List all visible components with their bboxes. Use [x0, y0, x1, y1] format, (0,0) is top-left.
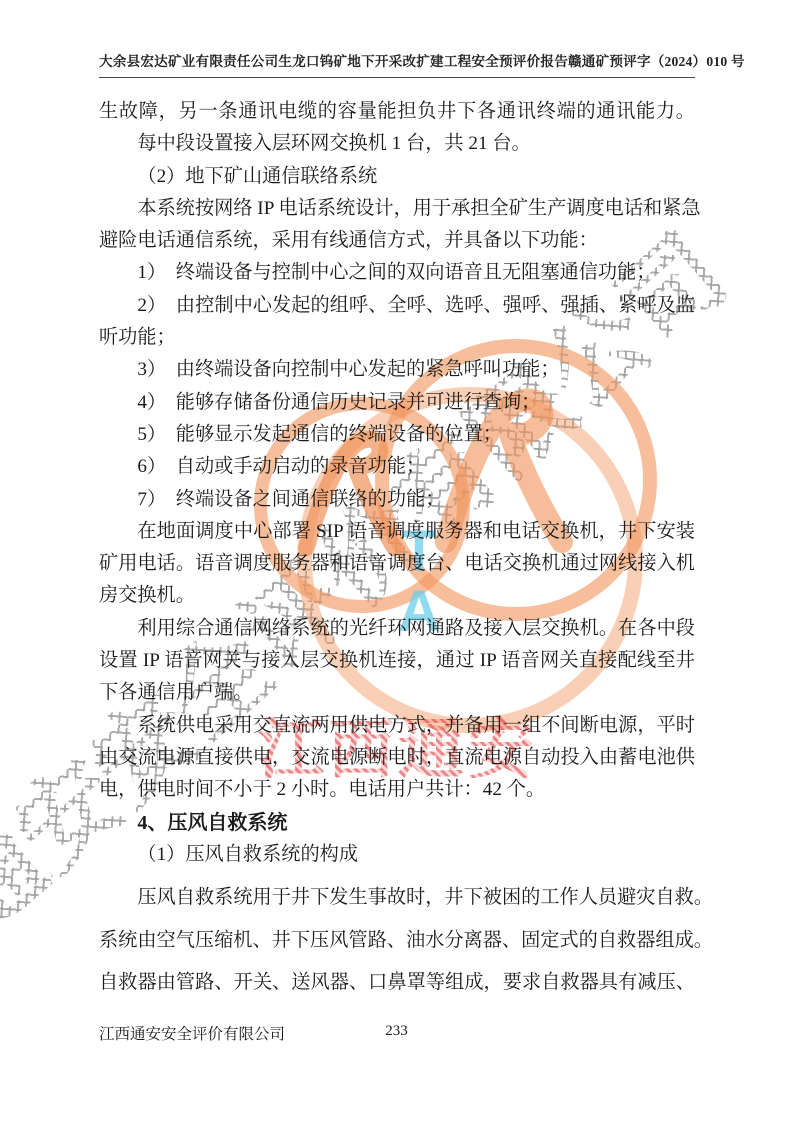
text-line: 下各通信用户端。	[99, 677, 695, 709]
text-line: 电，供电时间不小于 2 小时。电话用户共计：42 个。	[99, 774, 695, 806]
text-line: 4、压风自救系统	[99, 807, 695, 839]
document-number: 赣通矿预评字（2024）010 号	[568, 50, 745, 70]
text-line: 设置 IP 语音网关与接入层交换机连接，通过 IP 语音网关直接配线至井	[99, 645, 695, 677]
text-line: 5） 能够显示发起通信的终端设备的位置；	[99, 419, 695, 451]
text-line: 系统供电采用交直流两用供电方式，并备用一组不间断电源，平时	[99, 710, 695, 742]
text-line: 由交流电源直接供电，交流电源断电时，直流电源自动投入由蓄电池供	[99, 742, 695, 774]
page-number: 233	[0, 1023, 793, 1040]
text-line: （2）地下矿山通信联络系统	[99, 161, 695, 193]
text-line: 利用综合通信网络系统的光纤环网通路及接入层交换机。在各中段	[99, 613, 695, 645]
text-line: 6） 自动或手动启动的录音功能；	[99, 451, 695, 483]
text-line: 矿用电话。语音调度服务器和语音调度台、电话交换机通过网线接入机	[99, 548, 695, 580]
text-line: 3） 由终端设备向控制中心发起的紧急呼叫功能；	[99, 354, 695, 386]
text-line: 1） 终端设备与控制中心之间的双向语音且无阻塞通信功能；	[99, 257, 695, 289]
text-line: 在地面调度中心部署 SIP 语音调度服务器和电话交换机，井下安装	[99, 516, 695, 548]
text-line: 房交换机。	[99, 580, 695, 612]
text-line: 2） 由控制中心发起的组呼、全呼、选呼、强呼、强插、紧呼及监	[99, 290, 695, 322]
text-line: 每中段设置接入层环网交换机 1 台，共 21 台。	[99, 128, 695, 160]
text-line: 自救器由管路、开关、送风器、口鼻罩等组成，要求自救器具有减压、	[99, 962, 695, 1005]
text-line: 本系统按网络 IP 电话系统设计，用于承担全矿生产调度电话和紧急	[99, 193, 695, 225]
text-line: 听功能；	[99, 322, 695, 354]
text-line: （1）压风自救系统的构成	[99, 839, 695, 871]
document-body: 生故障，另一条通讯电缆的容量能担负井下各通讯终端的通讯能力。每中段设置接入层环网…	[99, 96, 695, 1005]
document-page: 江西通安安全评价有限公司 T A 江西通安 大余县宏达矿业有限责任公司生龙口钨矿…	[0, 0, 793, 1122]
page-header: 大余县宏达矿业有限责任公司生龙口钨矿地下开采改扩建工程安全预评价报告 赣通矿预评…	[99, 50, 695, 78]
text-line: 避险电话通信系统，采用有线通信方式，并具备以下功能：	[99, 225, 695, 257]
text-line: 生故障，另一条通讯电缆的容量能担负井下各通讯终端的通讯能力。	[99, 96, 695, 128]
report-title: 大余县宏达矿业有限责任公司生龙口钨矿地下开采改扩建工程安全预评价报告	[99, 50, 568, 70]
text-line: 4） 能够存储备份通信历史记录并可进行查询；	[99, 387, 695, 419]
text-line: 7） 终端设备之间通信联络的功能；	[99, 484, 695, 516]
text-line: 系统由空气压缩机、井下压风管路、油水分离器、固定式的自救器组成。	[99, 920, 695, 963]
text-line: 压风自救系统用于井下发生事故时，井下被困的工作人员避灾自救。	[99, 877, 695, 920]
